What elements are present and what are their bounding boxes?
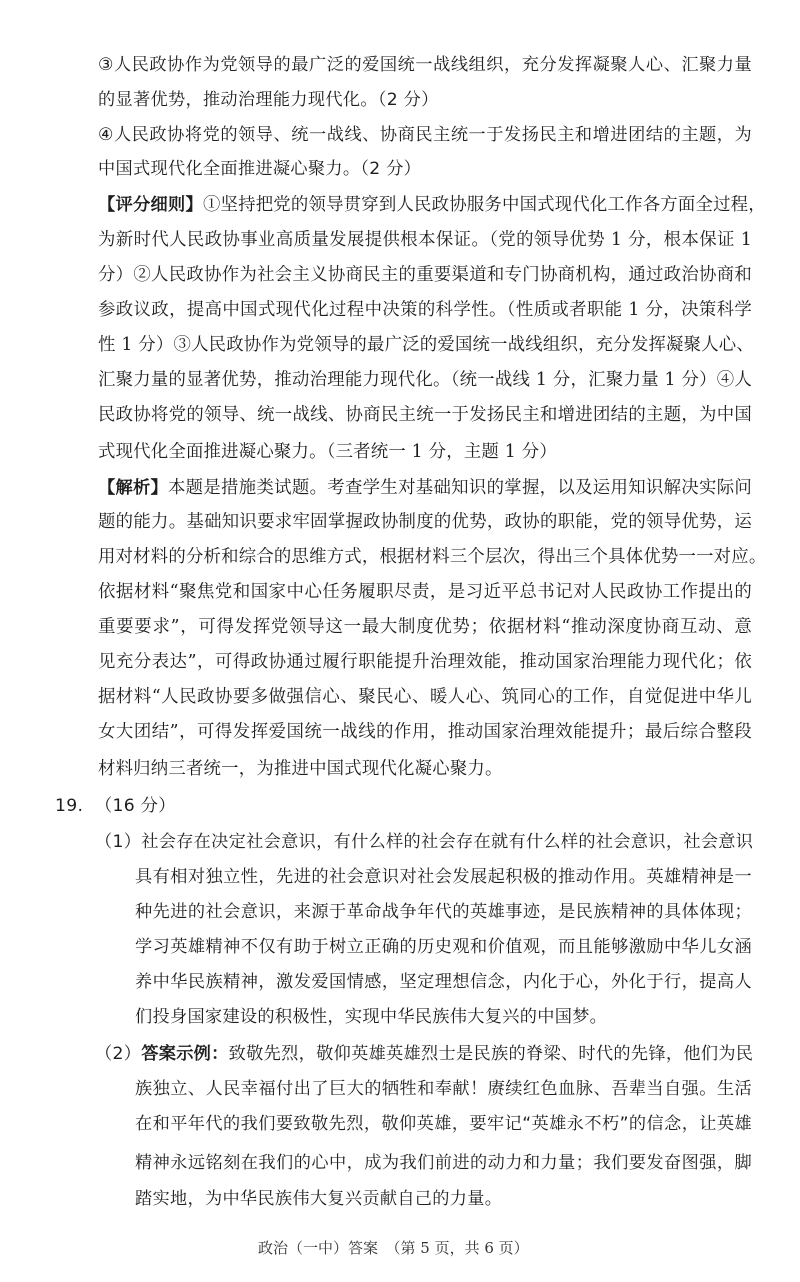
part-1-label: （1）: [95, 831, 141, 853]
answer-item-4-line-2: 中国式现代化全面推进凝心聚力。（2 分）: [98, 158, 421, 180]
analysis-line-9: 材料归纳三者统一，为推进中国式现代化凝心聚力。: [98, 758, 503, 780]
analysis-line-4: 依据材料“聚焦党和国家中心任务履职尽责，是习近平总书记对人民政协工作提出的: [98, 581, 752, 603]
part-2-line-2: 族独立、人民幸福付出了巨大的牺牲和奉献！赓续红色血脉、吾辈当自强。生活: [135, 1078, 752, 1100]
answer-item-3-line-2: 的显著优势，推动治理能力现代化。（2 分）: [98, 89, 439, 111]
part-2-line-3: 在和平年代的我们要致敬先烈，敬仰英雄，要牢记“英雄永不朽”的信念，让英雄: [135, 1113, 752, 1135]
scoring-rules-label: 【评分细则】: [98, 194, 203, 216]
question-score: （16 分）: [95, 796, 176, 816]
answer-example-label: 答案示例：: [141, 1043, 228, 1065]
scoring-rules-line-3: 分）②人民政协作为社会主义协商民主的重要渠道和专门协商机构，通过政治协商和: [98, 264, 752, 286]
part-1-line-1: （1） 社会存在决定社会意识，有什么样的社会存在就有什么样的社会意识，社会意识: [95, 831, 752, 853]
question-19-header: 19. （16 分）: [55, 795, 176, 817]
analysis-line-1: 【解析】 本题是措施类试题。考查学生对基础知识的掌握，以及运用知识解决实际问: [98, 477, 752, 499]
question-number: 19.: [55, 796, 83, 816]
analysis-line-8: 女大团结”，可得发挥爱国统一战线的作用，推动国家治理效能提升；最后综合整段: [98, 721, 752, 743]
part-1-line-2: 具有相对独立性，先进的社会意识对社会发展起积极的推动作用。英雄精神是一: [135, 866, 752, 888]
analysis-line-2: 题的能力。基础知识要求牢固掌握政协制度的优势，政协的职能，党的领导优势，运: [98, 511, 752, 533]
part-1-line-6: 们投身国家建设的积极性，实现中华民族伟大复兴的中国梦。: [135, 1006, 607, 1028]
answer-item-3-line-1: ③人民政协作为党领导的最广泛的爱国统一战线组织，充分发挥凝聚人心、汇聚力量: [98, 54, 752, 76]
document-page: ③人民政协作为党领导的最广泛的爱国统一战线组织，充分发挥凝聚人心、汇聚力量 的显…: [0, 0, 800, 1282]
scoring-rules-line-8: 式现代化全面推进凝心聚力。（三者统一 1 分，主题 1 分）: [98, 441, 557, 463]
page-footer: 政治（一中）答案 （第 5 页，共 6 页）: [258, 1237, 529, 1258]
scoring-rules-line-4: 参政议政，提高中国式现代化过程中决策的科学性。（性质或者职能 1 分，决策科学: [98, 299, 752, 321]
part-1-line-3: 种先进的社会意识，来源于革命战争年代的英雄事迹，是民族精神的具体体现；: [135, 901, 752, 923]
analysis-label: 【解析】: [98, 477, 168, 499]
analysis-line-6: 见充分表达”，可得政协通过履行职能提升治理效能，推动国家治理能力现代化；依: [98, 651, 752, 673]
scoring-rules-line-7: 民政协将党的领导、统一战线、协商民主统一于发扬民主和增进团结的主题，为中国: [98, 404, 752, 426]
analysis-line-7: 据材料“人民政协要多做强信心、聚民心、暖人心、筑同心的工作，自觉促进中华儿: [98, 686, 752, 708]
scoring-rules-line-5: 性 1 分）③人民政协作为党领导的最广泛的爱国统一战线组织，充分发挥凝聚人心、: [98, 334, 752, 356]
part-1-line-5: 养中华民族精神，激发爱国情感，坚定理想信念，内化于心，外化于行，提高人: [135, 971, 752, 993]
analysis-line-3: 用对材料的分析和综合的思维方式，根据材料三个层次，得出三个具体优势一一对应。: [98, 546, 752, 568]
scoring-rules-line-2: 为新时代人民政协事业高质量发展提供根本保证。（党的领导优势 1 分，根本保证 1: [98, 229, 752, 251]
part-2-line-4: 精神永远铭刻在我们的心中，成为我们前进的动力和力量；我们要发奋图强，脚: [135, 1152, 752, 1174]
part-2-label: （2）: [95, 1043, 141, 1065]
scoring-rules-line-1: 【评分细则】 ①坚持把党的领导贯穿到人民政协服务中国式现代化工作各方面全过程，: [98, 194, 752, 216]
answer-item-4-line-1: ④人民政协将党的领导、统一战线、协商民主统一于发扬民主和增进团结的主题，为: [98, 124, 752, 146]
scoring-rules-line-6: 汇聚力量的显著优势，推动治理能力现代化。（统一战线 1 分，汇聚力量 1 分）④…: [98, 369, 752, 391]
analysis-line-5: 重要要求”，可得发挥党领导这一最大制度优势；依据材料“推动深度协商互动、意: [98, 616, 752, 638]
part-2-line-5: 踏实地，为中华民族伟大复兴贡献自己的力量。: [135, 1188, 502, 1210]
part-2-line-1: （2） 答案示例： 致敬先烈，敬仰英雄英雄烈士是民族的脊梁、时代的先锋，他们为民: [95, 1043, 752, 1065]
part-1-line-4: 学习英雄精神不仅有助于树立正确的历史观和价值观，而且能够激励中华儿女涵: [135, 936, 752, 958]
